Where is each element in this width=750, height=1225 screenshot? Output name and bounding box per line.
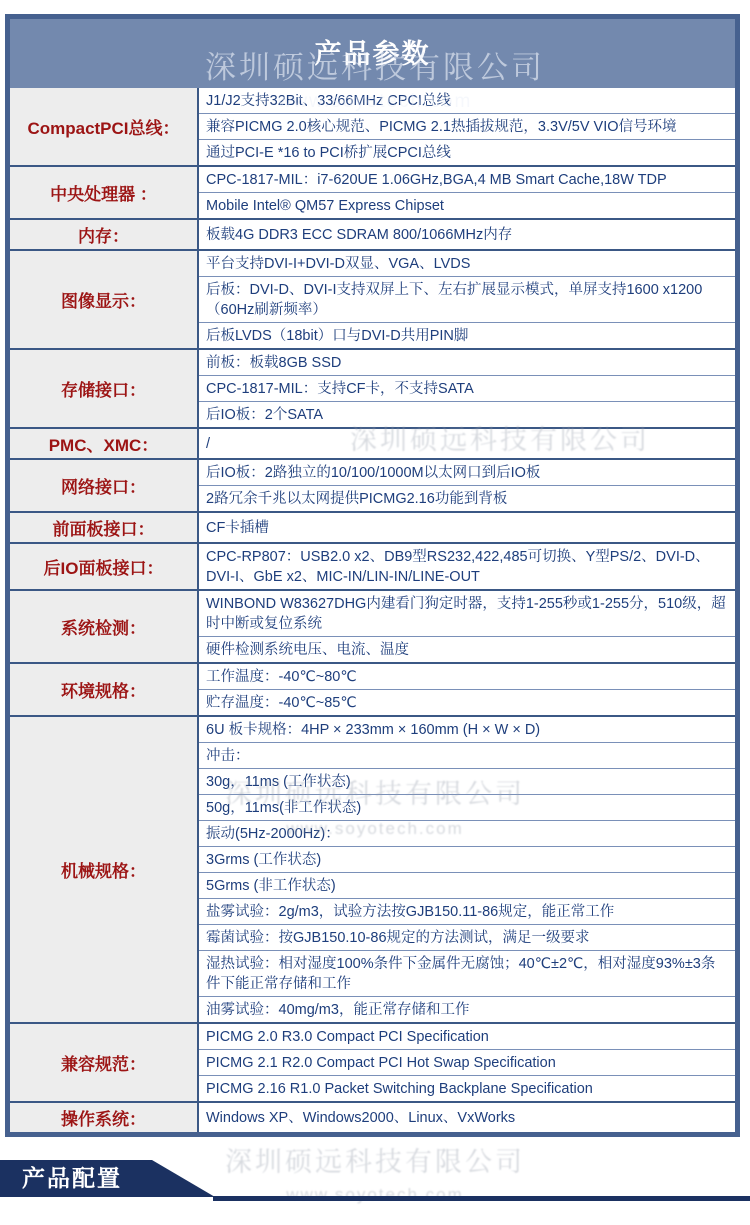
spec-value-11-4: 振动(5Hz-2000Hz)： [198,821,735,847]
table-row: 机械规格：6U 板卡规格：4HP × 233mm × 160mm (H × W … [10,716,735,743]
spec-label-11: 机械规格： [10,716,198,1023]
table-row: 存储接口：前板：板载8GB SSD [10,349,735,376]
spec-label-0: CompactPCI总线： [10,88,198,166]
product-config-banner: 产品配置 [0,1160,215,1197]
table-row: 网络接口：后IO板：2路独立的10/100/1000M以太网口到后IO板 [10,459,735,486]
spec-value-11-7: 盐雾试验：2g/m3，试验方法按GJB150.11-86规定，能正常工作 [198,899,735,925]
spec-label-5: PMC、XMC： [10,428,198,459]
spec-value-11-6: 5Grms (非工作状态) [198,873,735,899]
spec-value-3-0: 平台支持DVI-I+DVI-D双显、VGA、LVDS [198,250,735,277]
spec-value-3-2: 后板LVDS（18bit）口与DVI-D共用PIN脚 [198,323,735,350]
spec-label-9: 系统检测： [10,590,198,663]
table-row: 内存：板载4G DDR3 ECC SDRAM 800/1066MHz内存 [10,219,735,250]
spec-value-11-10: 油雾试验：40mg/m3，能正常存储和工作 [198,997,735,1024]
spec-value-10-1: 贮存温度：-40℃~85℃ [198,690,735,717]
spec-value-3-1: 后板：DVI-D、DVI-I支持双屏上下、左右扩展显示模式，单屏支持1600 x… [198,277,735,323]
spec-value-4-1: CPC-1817-MIL：支持CF卡，不支持SATA [198,376,735,402]
spec-value-11-5: 3Grms (工作状态) [198,847,735,873]
table-row: 前面板接口：CF卡插槽 [10,512,735,543]
spec-value-0-2: 通过PCI-E *16 to PCI桥扩展CPCI总线 [198,140,735,167]
table-row: 后IO面板接口：CPC-RP807：USB2.0 x2、DB9型RS232,42… [10,543,735,590]
spec-value-12-2: PICMG 2.16 R1.0 Packet Switching Backpla… [198,1076,735,1103]
spec-label-1: 中央处理器 ： [10,166,198,219]
spec-label-3: 图像显示： [10,250,198,349]
product-config-label: 产品配置 [0,1160,215,1197]
spec-label-2: 内存： [10,219,198,250]
spec-table-panel: 产品参数 CompactPCI总线：J1/J2支持32Bit、33/66MHz … [5,14,740,1137]
spec-value-11-8: 霉菌试验：按GJB150.10-86规定的方法测试，满足一级要求 [198,925,735,951]
table-row: 操作系统：Windows XP、Windows2000、Linux、VxWork… [10,1102,735,1132]
table-row: 系统检测：WINBOND W83627DHG内建看门狗定时器，支持1-255秒或… [10,590,735,637]
spec-label-13: 操作系统： [10,1102,198,1132]
spec-value-9-0: WINBOND W83627DHG内建看门狗定时器，支持1-255秒或1-255… [198,590,735,637]
spec-value-11-3: 50g，11ms(非工作状态) [198,795,735,821]
spec-value-10-0: 工作温度：-40℃~80℃ [198,663,735,690]
table-row: 图像显示：平台支持DVI-I+DVI-D双显、VGA、LVDS [10,250,735,277]
spec-value-11-2: 30g，11ms (工作状态) [198,769,735,795]
spec-value-11-9: 湿热试验：相对湿度100%条件下金属件无腐蚀；40℃±2℃，相对湿度93%±3条… [198,951,735,997]
spec-value-8-0: CPC-RP807：USB2.0 x2、DB9型RS232,422,485可切换… [198,543,735,590]
table-row: 兼容规范：PICMG 2.0 R3.0 Compact PCI Specific… [10,1023,735,1050]
spec-value-2-0: 板载4G DDR3 ECC SDRAM 800/1066MHz内存 [198,219,735,250]
spec-value-1-0: CPC-1817-MIL：i7-620UE 1.06GHz,BGA,4 MB S… [198,166,735,193]
spec-value-5-0: / [198,428,735,459]
page-title: 产品参数 [10,19,735,71]
spec-value-11-0: 6U 板卡规格：4HP × 233mm × 160mm (H × W × D) [198,716,735,743]
spec-value-4-2: 后IO板：2个SATA [198,402,735,429]
spec-value-1-1: Mobile Intel® QM57 Express Chipset [198,193,735,220]
spec-label-4: 存储接口： [10,349,198,428]
table-row: 环境规格：工作温度：-40℃~80℃ [10,663,735,690]
table-row: CompactPCI总线：J1/J2支持32Bit、33/66MHz CPCI总… [10,88,735,114]
spec-value-12-0: PICMG 2.0 R3.0 Compact PCI Specification [198,1023,735,1050]
table-row: 中央处理器 ：CPC-1817-MIL：i7-620UE 1.06GHz,BGA… [10,166,735,193]
table-title-bar: 产品参数 [10,19,735,88]
footer-divider-line [213,1196,750,1201]
page: 产品参数 CompactPCI总线：J1/J2支持32Bit、33/66MHz … [0,0,750,1225]
spec-label-8: 后IO面板接口： [10,543,198,590]
table-row: PMC、XMC：/ [10,428,735,459]
spec-value-0-0: J1/J2支持32Bit、33/66MHz CPCI总线 [198,88,735,114]
spec-label-12: 兼容规范： [10,1023,198,1102]
spec-value-4-0: 前板：板载8GB SSD [198,349,735,376]
spec-table: CompactPCI总线：J1/J2支持32Bit、33/66MHz CPCI总… [10,88,735,1132]
spec-value-12-1: PICMG 2.1 R2.0 Compact PCI Hot Swap Spec… [198,1050,735,1076]
spec-value-7-0: CF卡插槽 [198,512,735,543]
spec-value-6-1: 2路冗余千兆以太网提供PICMG2.16功能到背板 [198,486,735,513]
spec-value-13-0: Windows XP、Windows2000、Linux、VxWorks [198,1102,735,1132]
spec-value-0-1: 兼容PICMG 2.0核心规范、PICMG 2.1热插拔规范，3.3V/5V V… [198,114,735,140]
spec-value-9-1: 硬件检测系统电压、电流、温度 [198,637,735,664]
spec-label-7: 前面板接口： [10,512,198,543]
spec-label-10: 环境规格： [10,663,198,716]
spec-label-6: 网络接口： [10,459,198,512]
spec-value-11-1: 冲击： [198,743,735,769]
spec-value-6-0: 后IO板：2路独立的10/100/1000M以太网口到后IO板 [198,459,735,486]
